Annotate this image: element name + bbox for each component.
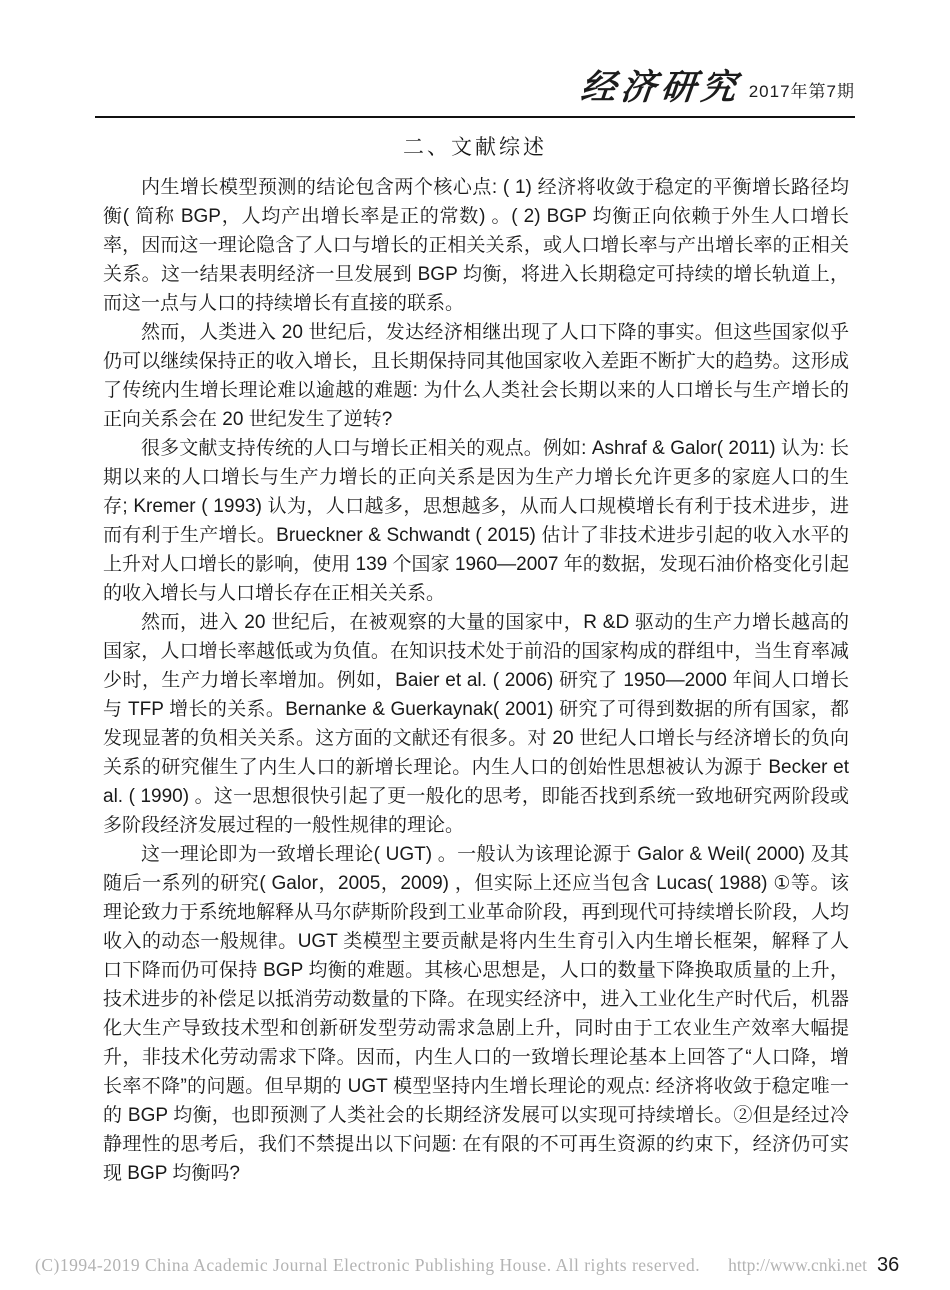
journal-logo: 经济研究: [579, 70, 743, 105]
footer-url: http://www.cnki.net: [728, 1255, 867, 1276]
footer-copyright: (C)1994-2019 China Academic Journal Elec…: [35, 1255, 700, 1276]
issue-label: 2017年第7期: [749, 77, 855, 105]
journal-header: 经济研究 2017年第7期: [581, 70, 855, 105]
section-title: 二、文献综述: [0, 131, 950, 161]
paragraph: 很多文献支持传统的人口与增长正相关的观点。例如: Ashraf & Galor(…: [103, 434, 849, 608]
page-number: 36: [877, 1254, 899, 1277]
paragraph: 这一理论即为一致增长理论( UGT) 。一般认为该理论源于 Galor & We…: [103, 840, 849, 1188]
header-divider: [95, 116, 855, 118]
article-body: 内生增长模型预测的结论包含两个核心点: ( 1) 经济将收敛于稳定的平衡增长路径…: [103, 173, 849, 1188]
document-page: 经济研究 2017年第7期 二、文献综述 内生增长模型预测的结论包含两个核心点:…: [0, 0, 950, 1290]
paragraph: 内生增长模型预测的结论包含两个核心点: ( 1) 经济将收敛于稳定的平衡增长路径…: [103, 173, 849, 318]
paragraph: 然而，人类进入 20 世纪后，发达经济相继出现了人口下降的事实。但这些国家似乎仍…: [103, 318, 849, 434]
page-footer: (C)1994-2019 China Academic Journal Elec…: [35, 1254, 915, 1277]
paragraph: 然而，进入 20 世纪后，在被观察的大量的国家中，R &D 驱动的生产力增长越高…: [103, 608, 849, 840]
